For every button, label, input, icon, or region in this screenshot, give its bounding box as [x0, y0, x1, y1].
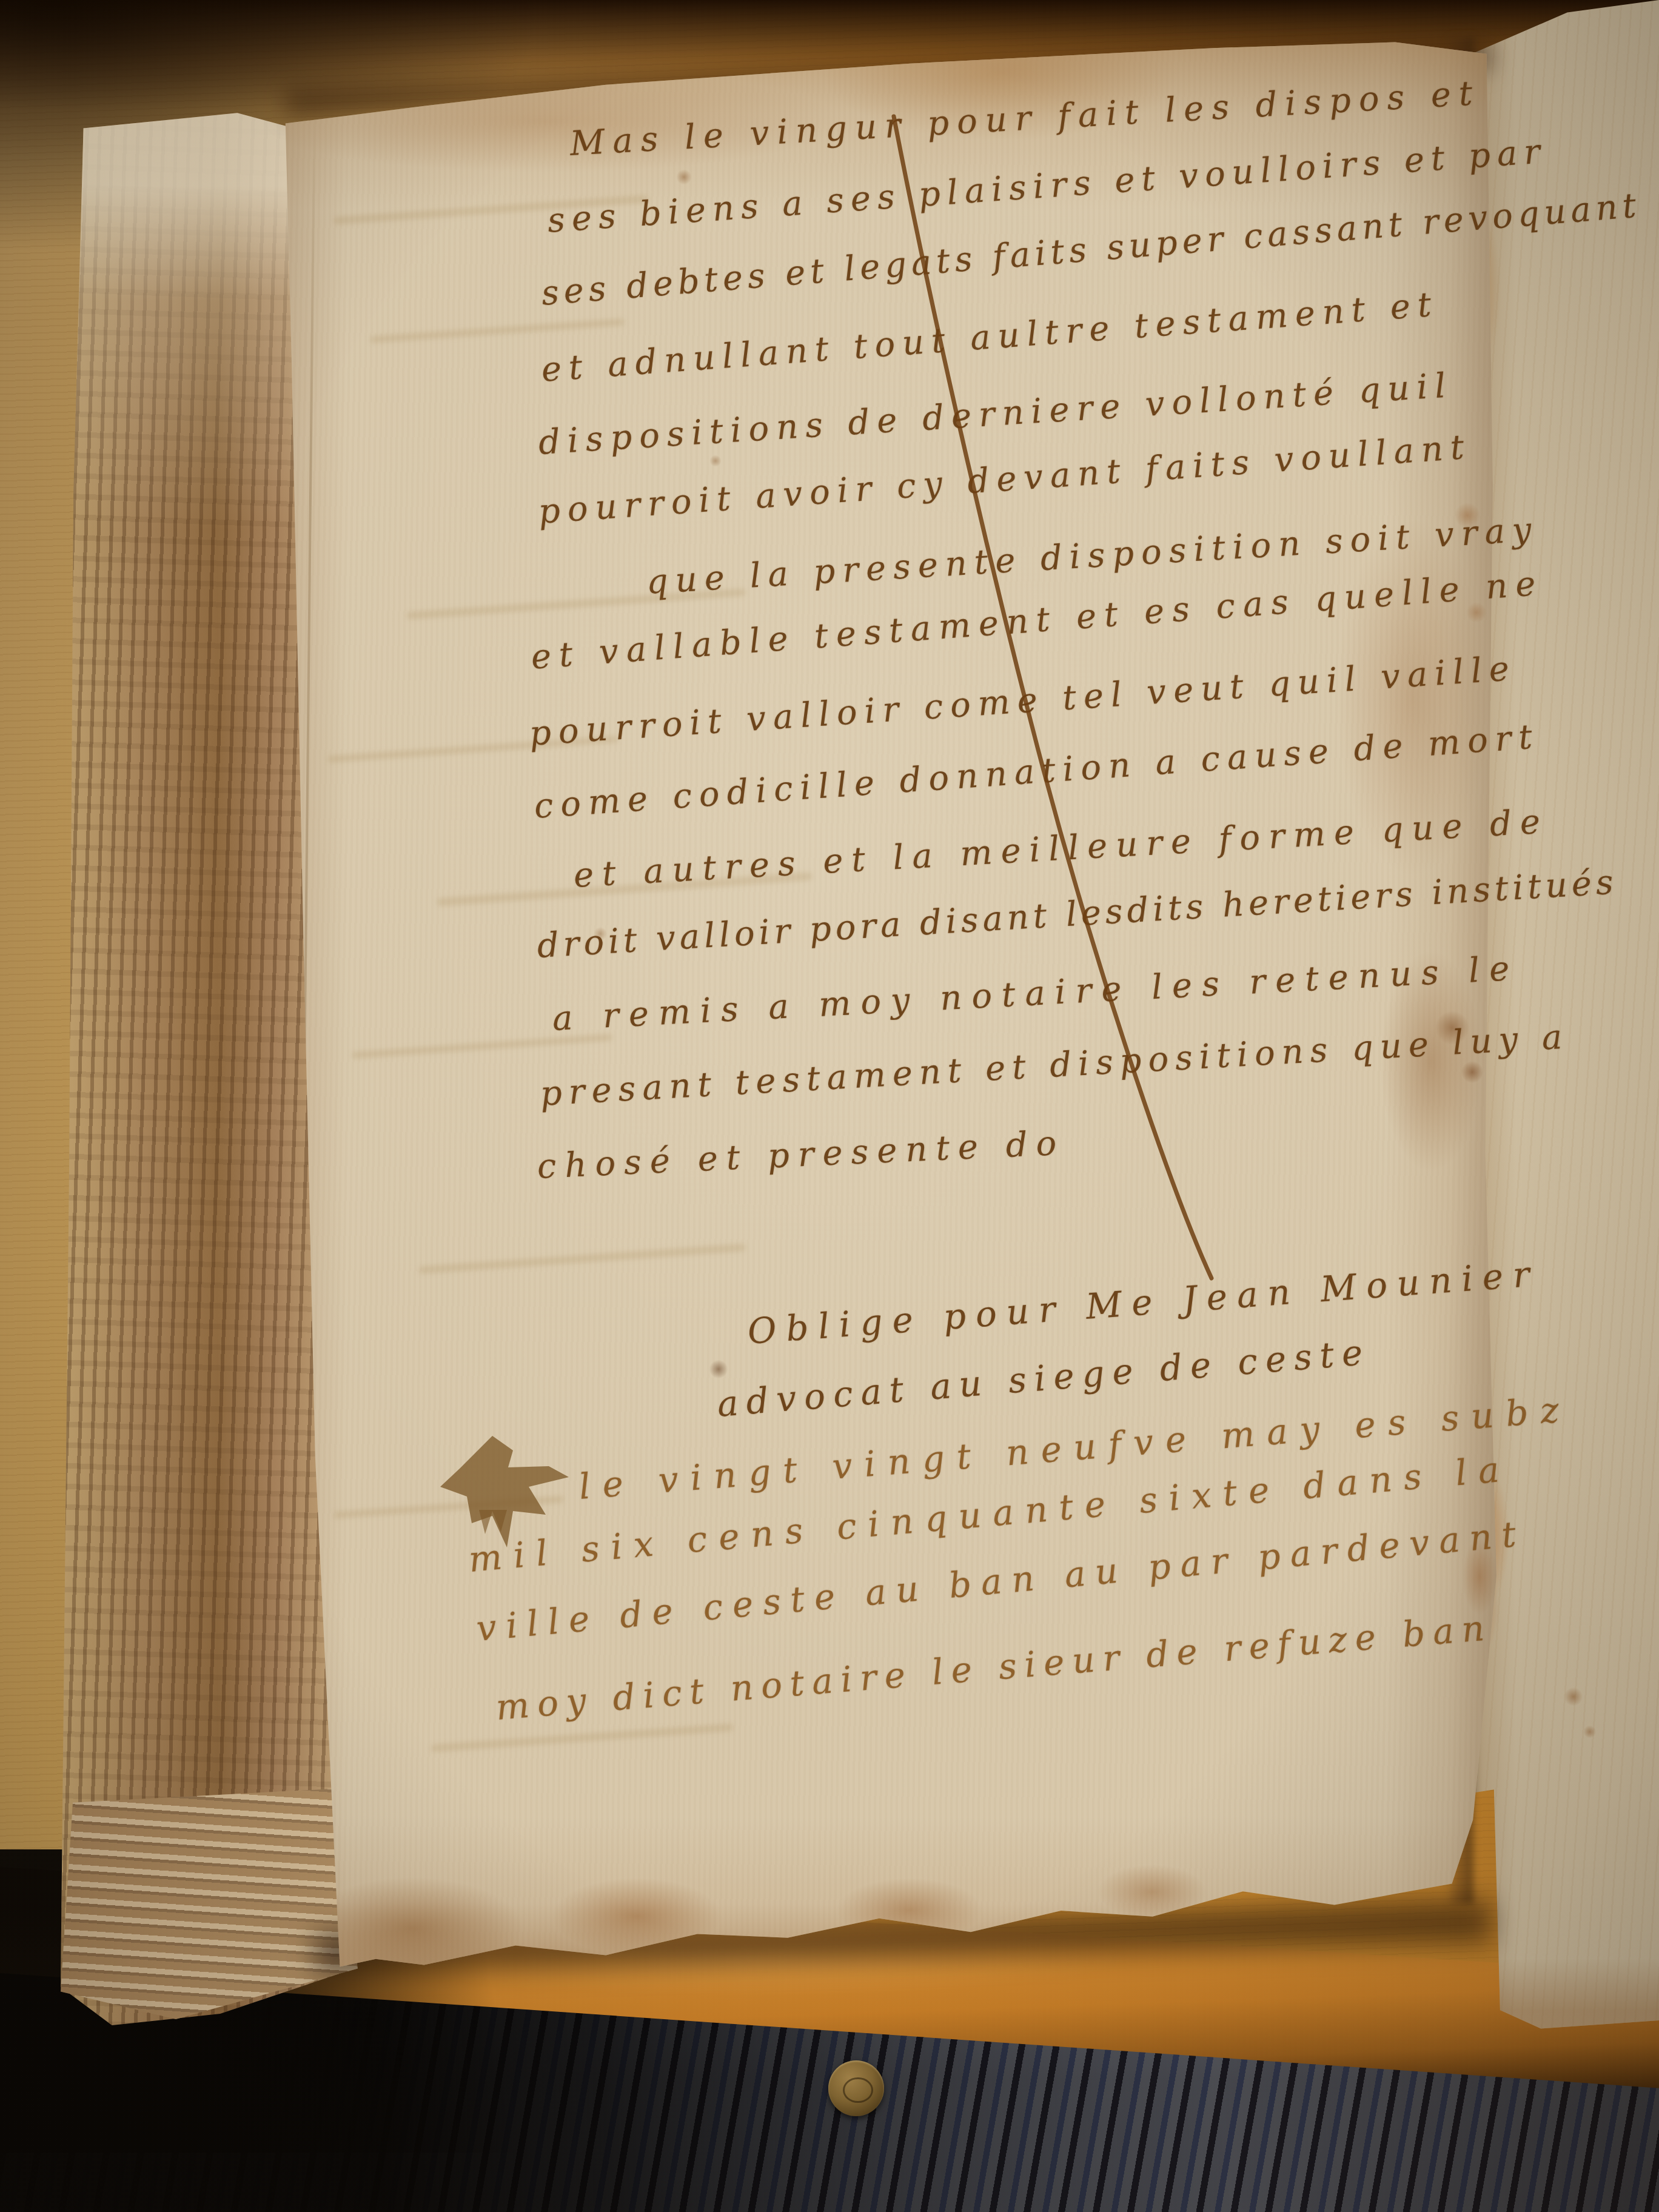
ink-blot	[440, 1436, 569, 1547]
ink-stroke-overlay	[0, 0, 1659, 2212]
cancellation-stroke	[894, 116, 1212, 1278]
